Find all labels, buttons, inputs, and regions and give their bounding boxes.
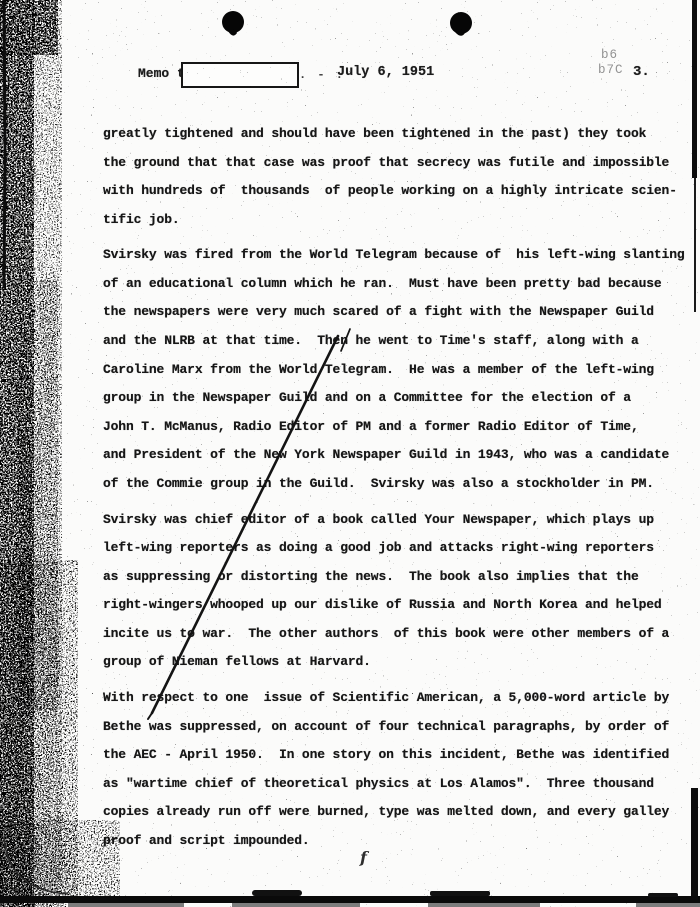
scanned-memo-page: Memo t . - . July 6, 1951 b6 b7C 3. grea… xyxy=(0,0,700,907)
memo-body: greatly tightened and should have been t… xyxy=(103,120,700,862)
memo-date: July 6, 1951 xyxy=(337,65,434,80)
page-number: 3. xyxy=(633,64,650,80)
memo-paragraph-3: Svirsky was chief editor of a book calle… xyxy=(103,506,700,678)
classification-mark-b7c: b7C xyxy=(598,63,624,77)
memo-recipient-label: Memo t xyxy=(138,66,185,81)
memo-paragraph-1: greatly tightened and should have been t… xyxy=(103,120,700,234)
memo-paragraph-4: With respect to one issue of Scientific … xyxy=(103,684,700,856)
document-text-layer: Memo t . - . July 6, 1951 b6 b7C 3. grea… xyxy=(0,0,700,907)
redaction-box xyxy=(181,62,299,88)
classification-mark-b6: b6 xyxy=(601,48,618,62)
memo-paragraph-2: Svirsky was fired from the World Telegra… xyxy=(103,241,700,498)
stray-pen-mark: f xyxy=(360,848,367,867)
